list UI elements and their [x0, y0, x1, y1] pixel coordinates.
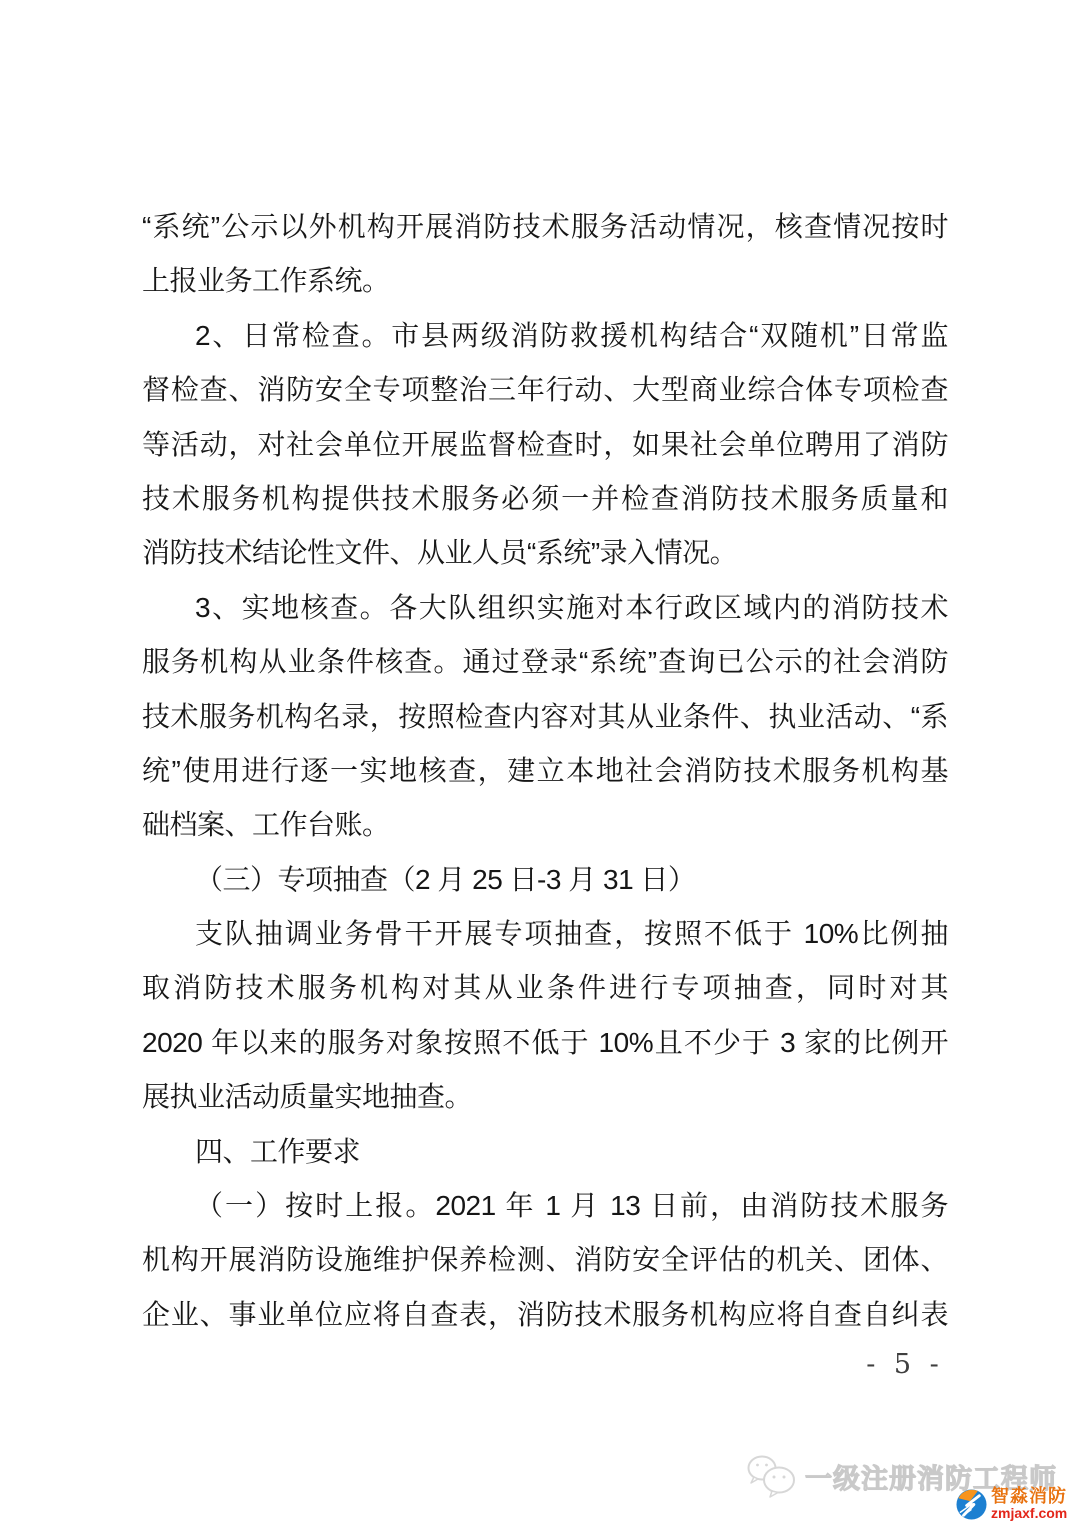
doc-line: 础档案、工作台账。 [142, 798, 948, 852]
doc-line: 展执业活动质量实地抽查。 [142, 1070, 948, 1124]
doc-line: “系统”公示以外机构开展消防技术服务活动情况，核查情况按时 [142, 200, 948, 254]
wechat-icon [746, 1454, 798, 1498]
doc-line: 支队抽调业务骨干开展专项抽查，按照不低于 10%比例抽 [142, 907, 948, 961]
doc-line: 3、实地核查。各大队组织实施对本行政区域内的消防技术 [142, 581, 948, 635]
doc-section-heading: （三）专项抽查（2 月 25 日-3 月 31 日） [142, 853, 948, 907]
document-page: “系统”公示以外机构开展消防技术服务活动情况，核查情况按时 上报业务工作系统。 … [0, 0, 1080, 1527]
doc-line: 统”使用进行逐一实地核查，建立本地社会消防技术服务机构基 [142, 744, 948, 798]
brand-name: 智淼消防 [991, 1487, 1067, 1506]
doc-line: 消防技术结论性文件、从业人员“系统”录入情况。 [142, 526, 948, 580]
document-body: “系统”公示以外机构开展消防技术服务活动情况，核查情况按时 上报业务工作系统。 … [142, 200, 948, 1342]
doc-line: 等活动，对社会单位开展监督检查时，如果社会单位聘用了消防 [142, 418, 948, 472]
brand-badge: 智淼消防 zmjaxf.com [956, 1487, 1067, 1521]
doc-line: 上报业务工作系统。 [142, 254, 948, 308]
doc-line: 技术服务机构提供技术服务必须一并检查消防技术服务质量和 [142, 472, 948, 526]
doc-section-heading: 四、工作要求 [142, 1125, 948, 1179]
doc-line: 技术服务机构名录，按照检查内容对其从业条件、执业活动、“系 [142, 690, 948, 744]
doc-line: 机构开展消防设施维护保养检测、消防安全评估的机关、团体、 [142, 1233, 948, 1287]
doc-line: 2、日常检查。市县两级消防救援机构结合“双随机”日常监 [142, 309, 948, 363]
doc-line: 服务机构从业条件核查。通过登录“系统”查询已公示的社会消防 [142, 635, 948, 689]
brand-domain: zmjaxf.com [991, 1506, 1067, 1521]
doc-line: 取消防技术服务机构对其从业条件进行专项抽查，同时对其 [142, 961, 948, 1015]
zhimiao-fire-logo-icon [956, 1489, 987, 1520]
brand-text: 智淼消防 zmjaxf.com [991, 1487, 1067, 1521]
doc-line: 督检查、消防安全专项整治三年行动、大型商业综合体专项检查 [142, 363, 948, 417]
doc-line: 2020 年以来的服务对象按照不低于 10%且不少于 3 家的比例开 [142, 1016, 948, 1070]
doc-line: 企业、事业单位应将自查表，消防技术服务机构应将自查自纠表 [142, 1288, 948, 1342]
page-number: - 5 - [845, 1349, 960, 1380]
doc-line: （一）按时上报。2021 年 1 月 13 日前，由消防技术服务 [142, 1179, 948, 1233]
